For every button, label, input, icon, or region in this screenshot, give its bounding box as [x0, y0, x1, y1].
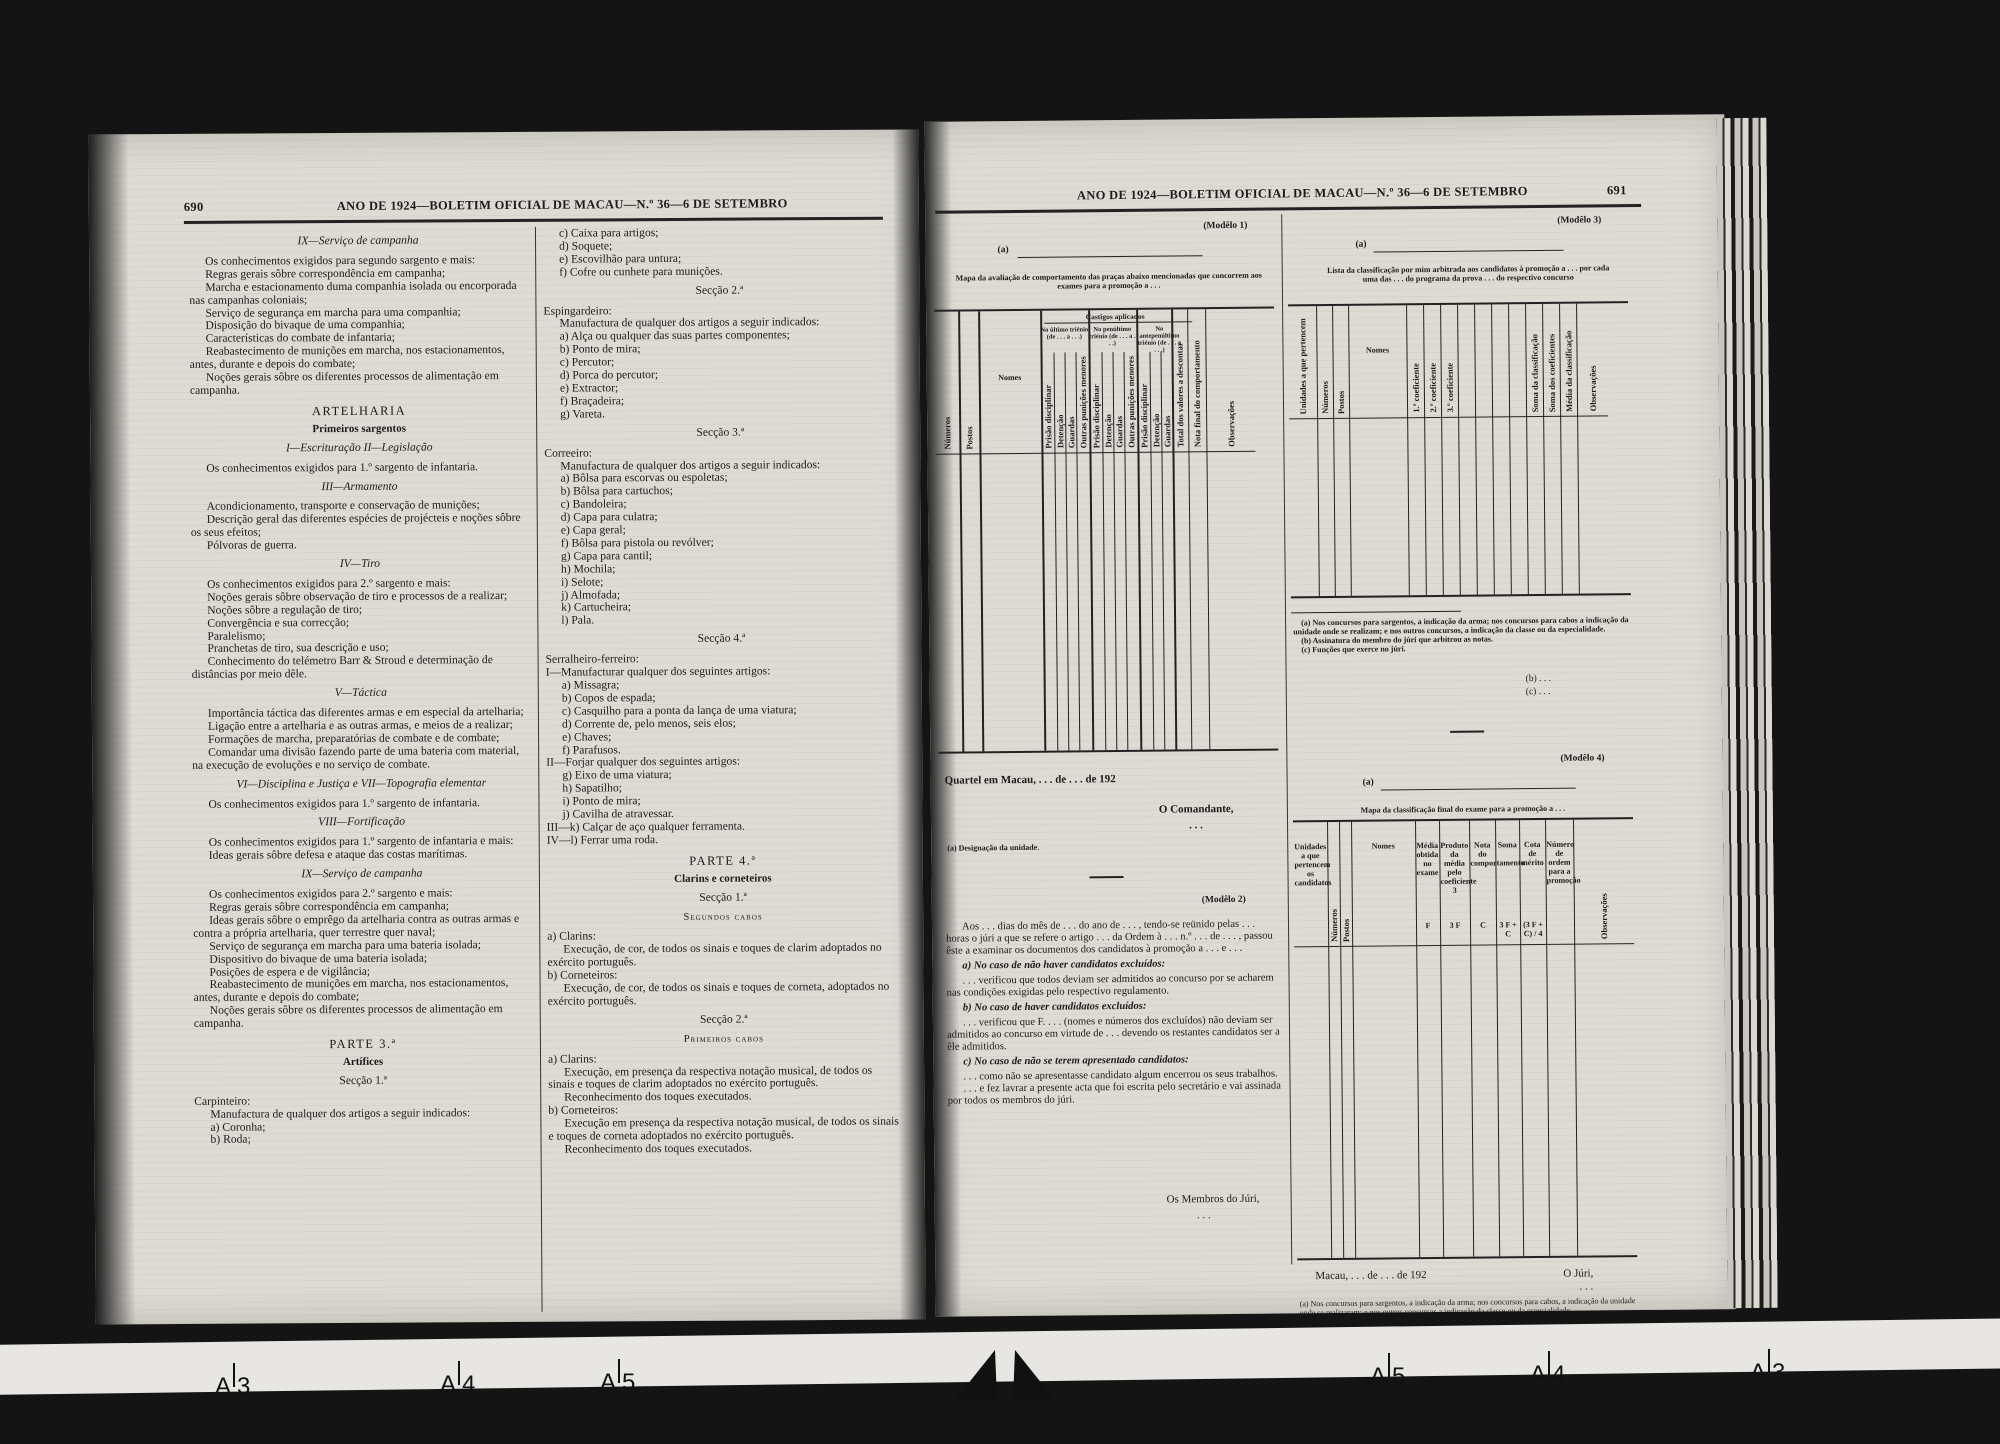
modelo-4-footnote: (a) Nos concursos para sargentos, a indi…	[1300, 1296, 1638, 1317]
running-header: 690 ANO DE 1924—BOLETIM OFICIAL DE MACAU…	[89, 195, 919, 220]
modelo-1-title: Mapa da avaliação de comportamento das p…	[944, 271, 1274, 292]
microfilm-edge-strip: A3A4A5A5A4A3	[0, 1325, 2000, 1444]
column-header: Números	[1329, 909, 1339, 942]
case-heading: b) No caso de haver candidatos excluídos…	[947, 999, 1281, 1014]
table-column: Número de ordem para a promoção	[1545, 820, 1577, 1256]
case-heading: c) No caso de não se terem apresentado c…	[947, 1053, 1281, 1068]
paragraph: Os conhecimentos exigidos para 1.º sarge…	[192, 796, 530, 811]
column-formula: 3 F	[1440, 921, 1470, 930]
signature-c: (c) . . .	[1526, 687, 1551, 698]
subheading: Segundos cabos	[547, 910, 899, 925]
table-column: Nomes	[978, 311, 1044, 752]
modelo-1-label: (Modêlo 1)	[1203, 221, 1247, 232]
section-heading: V—Táctica	[192, 686, 530, 701]
paragraph: Ideas gerais sôbre defesa e ataque das c…	[193, 848, 531, 863]
footnote: (a) Nos concursos para sargentos, a indi…	[1293, 615, 1631, 636]
column-header: Soma	[1496, 840, 1518, 849]
footnote-rule	[1291, 611, 1461, 614]
column-header: Postos	[1341, 919, 1351, 942]
modelo-2-signer: Os Membros do Júri,	[1167, 1193, 1260, 1206]
paragraph: Os conhecimentos exigidos para 1.º sarge…	[190, 460, 528, 475]
header-rule	[184, 217, 883, 224]
footnote: (c) Funções que exerce no júri.	[1293, 642, 1631, 654]
fill-line	[1374, 250, 1564, 253]
modelo-3-table: Unidades a que pertencemNúmerosPostosNom…	[1288, 303, 1631, 596]
column-header: Postos	[964, 426, 974, 449]
column-header: Detenção	[1151, 414, 1161, 448]
fill-line	[1018, 255, 1203, 258]
signature-b: (b) . . .	[1526, 674, 1551, 685]
list-item: f) Cofre ou cunhete para munições.	[543, 264, 895, 279]
table-column: Observações	[1205, 309, 1258, 749]
period-header: No último triénio (de . . . a . . .)	[1040, 326, 1088, 340]
column-header: Observações	[1587, 366, 1597, 412]
modelo-4-place-date: Macau, . . . de . . . de 192	[1315, 1269, 1426, 1282]
column-header: Total dos valores a descontar	[1174, 343, 1185, 448]
modelo-1-a-marker: (a)	[997, 245, 1008, 256]
fill-line	[1381, 788, 1576, 791]
column-header: Detenção	[1103, 415, 1113, 449]
column-header: Unidades a que pertencem os candidatos	[1294, 842, 1326, 887]
column-header: Número de ordem para a promoção	[1546, 840, 1572, 885]
separator-dash	[1450, 731, 1484, 733]
film-target-mark: A4	[1530, 1361, 1565, 1389]
modelo-4-a-marker: (a)	[1363, 778, 1374, 789]
modelo-2: (Modêlo 2) Aos . . . dias do mês de . . …	[924, 114, 1724, 122]
modelo-3-a-marker: (a)	[1355, 240, 1366, 251]
column-header: Guardas	[1114, 416, 1124, 448]
column-formula: F	[1416, 921, 1440, 930]
subheading: Artífices	[194, 1055, 532, 1070]
column-header: Observações	[1599, 894, 1609, 940]
column-header: Números	[1320, 381, 1330, 414]
page-number: 690	[184, 200, 204, 215]
film-target-mark: A5	[600, 1369, 635, 1397]
running-header: ANO DE 1924—BOLETIM OFICIAL DE MACAU—N.º…	[925, 182, 1725, 210]
column-divider	[535, 227, 543, 1312]
column-formula: 3 F + C	[1496, 920, 1520, 938]
paragraph: . . . verificou que todos deviam ser adm…	[946, 972, 1280, 999]
right-page: ANO DE 1924—BOLETIM OFICIAL DE MACAU—N.º…	[924, 114, 1735, 1317]
paragraph: Execução, em presença da respectiva nota…	[548, 1064, 900, 1092]
modelo-1-place-date: Quartel em Macau, . . . de . . . de 192	[945, 773, 1116, 787]
page-edge-shadow	[88, 134, 135, 1324]
section-heading: Secção 3.ª	[544, 425, 896, 440]
modelo-3-title: Lista da classificação por mim arbitrada…	[1326, 263, 1611, 284]
period-header: No antepenúltimo triénio (de . . . a . .…	[1136, 325, 1182, 353]
modelo-2-body: Aos . . . dias do mês de . . . do ano de…	[946, 918, 1282, 1107]
paragraph: Execução, de cor, de todos os sinais e t…	[548, 981, 900, 1009]
table-column: Nomes	[1351, 821, 1419, 1258]
film-target-mark: A5	[1370, 1363, 1405, 1391]
film-target-mark: A3	[1750, 1359, 1785, 1387]
modelo-3-label: (Modêlo 3)	[1557, 215, 1601, 226]
paragraph: Comandar uma divisão fazendo parte de um…	[192, 745, 530, 773]
column-header: Nomes	[1352, 841, 1414, 851]
gutter-notch-icon	[955, 1350, 1055, 1410]
column-header: Soma dos coeficientes	[1546, 333, 1557, 411]
column-header: Prisão disciplinar	[1090, 384, 1101, 448]
paragraph: Execução em presença da respectiva notaç…	[548, 1116, 900, 1144]
modelo-4: (Modêlo 4) (a) Mapa da classificação fin…	[924, 114, 1724, 122]
list-item: g) Vareta.	[544, 406, 896, 421]
table-column: Unidades a que pertencem os candidatos	[1293, 822, 1331, 1258]
paragraph: Noções gerais sôbre os diferentes proces…	[194, 1003, 532, 1031]
column-header: Média da classificação	[1563, 330, 1574, 411]
case-heading: a) No caso de não haver candidatos exclu…	[946, 957, 1280, 972]
subheading: Primeiros cabos	[548, 1032, 900, 1047]
list-item: b) Roda;	[194, 1132, 532, 1147]
column-header: Guardas	[1162, 416, 1172, 448]
column-header: Nota do comportamento	[1470, 840, 1494, 867]
column-header: Números	[942, 417, 952, 450]
part-heading: PARTE 4.ª	[547, 853, 899, 868]
section-heading: III—Armamento	[190, 479, 528, 494]
column-header: Observações	[1225, 401, 1235, 447]
section-heading: Secção 4.ª	[545, 632, 897, 647]
modelo-4-label: (Modêlo 4)	[1560, 753, 1604, 764]
period-header: No penúltimo triénio (de . . . a . . .)	[1088, 326, 1136, 347]
section-heading: VI—Disciplina e Justiça e VII—Topografia…	[192, 776, 530, 791]
paragraph: Reconhecimento dos toques executados.	[549, 1142, 901, 1157]
column-header: Unidades a que pertencem	[1297, 318, 1308, 414]
running-head-title: ANO DE 1924—BOLETIM OFICIAL DE MACAU—N.º…	[1077, 184, 1528, 203]
modelo-3: (Modêlo 3) (a) Lista da classificação po…	[924, 114, 1724, 122]
section-heading: VIII—Fortificação	[193, 815, 531, 830]
column-header: Prisão disciplinar	[1042, 385, 1053, 449]
paragraph: Pólvoras de guerra.	[191, 538, 529, 553]
column-header: Nomes	[1349, 345, 1405, 355]
paragraph: . . . e fez lavrar a presente acta que f…	[948, 1080, 1282, 1107]
table-column: Unidades a que pertencem	[1288, 306, 1319, 596]
signature-dots: . . .	[1197, 1209, 1211, 1221]
table-column: Nomes	[1348, 305, 1409, 596]
table-column: Observações	[1576, 303, 1610, 593]
paragraph: Noções gerais sôbre os diferentes proces…	[190, 370, 528, 398]
part-heading: PARTE 3.ª	[194, 1037, 532, 1052]
column-header: Nomes	[980, 373, 1040, 383]
signature-dots: . . .	[1189, 819, 1203, 831]
section-heading: Secção 2.ª	[548, 1012, 900, 1027]
section-heading: IV—Tiro	[191, 557, 529, 572]
table-column: Produto da média pelo coeficiente 33 F	[1439, 821, 1473, 1257]
column-header: Cota de mérito	[1520, 840, 1544, 867]
column-formula: (3 F + C) / 4	[1520, 920, 1546, 938]
modelo-2-label: (Modêlo 2)	[1202, 895, 1246, 906]
section-heading: I—Escrituração II—Legislação	[190, 441, 528, 456]
column-header: Média obtida no exame	[1416, 841, 1438, 877]
column-header: Outras punições menores	[1125, 356, 1136, 448]
column-formula: C	[1470, 920, 1496, 929]
section-heading: Secção 1.ª	[194, 1074, 532, 1089]
modelo-1-footnote: (a) Designação da unidade.	[947, 843, 1039, 853]
left-column-1: IX—Serviço de campanhaOs conhecimentos e…	[189, 228, 533, 1147]
running-head-title: ANO DE 1924—BOLETIM OFICIAL DE MACAU—N.º…	[337, 196, 788, 214]
modelo-4-signer: O Júri,	[1563, 1267, 1593, 1279]
left-page: 690 ANO DE 1924—BOLETIM OFICIAL DE MACAU…	[88, 129, 925, 1324]
section-heading: IX—Serviço de campanha	[193, 867, 531, 882]
page-stack-edge	[1716, 118, 1777, 1308]
film-target-mark: A4	[440, 1371, 475, 1399]
column-header: Soma da classificação	[1529, 334, 1540, 412]
left-column-2: c) Caixa para artigos;d) Soquete;e) Esco…	[543, 226, 901, 1157]
modelo-1: (Modêlo 1) (a) Mapa da avaliação de comp…	[924, 114, 1724, 122]
column-header: 2.º coeficiente	[1427, 363, 1437, 413]
modelo-4-title: Mapa da classificação final do exame par…	[1293, 803, 1633, 815]
column-header: Produto da média pelo coeficiente 3	[1440, 841, 1469, 895]
column-header: Prisão disciplinar	[1138, 384, 1149, 448]
section-heading: Secção 2.ª	[543, 283, 895, 298]
separator-dash	[1090, 876, 1124, 878]
paragraph: Aos . . . dias do mês de . . . do ano de…	[946, 918, 1280, 957]
film-target-mark: A3	[215, 1373, 250, 1401]
part-heading: ARTELHARIA	[190, 404, 528, 419]
paragraph: Descrição geral das diferentes espécies …	[191, 512, 529, 540]
modelo-1-table: NúmerosPostosNomesPrisão disciplinarDete…	[934, 309, 1278, 752]
subheading: Clarins e corneteiros	[547, 871, 899, 886]
column-header: Detenção	[1055, 415, 1065, 449]
modelo-4-table: Unidades a que pertencem os candidatosNú…	[1293, 819, 1637, 1258]
column-header: 1.º coeficiente	[1410, 364, 1420, 414]
table-column: Observações	[1573, 819, 1637, 1256]
section-heading: IX—Serviço de campanha	[189, 234, 527, 249]
column-header: Nota final do comportamento	[1191, 340, 1202, 447]
header-rule	[935, 204, 1641, 214]
paragraph: Reabastecimento de munições em marcha, n…	[194, 977, 532, 1005]
paragraph: Marcha e estacionamento duma companhia i…	[189, 280, 527, 308]
column-header: 3.º coeficiente	[1444, 363, 1454, 413]
modelo-1-signer: O Comandante,	[1159, 803, 1234, 816]
group-header: Castigos aplicados	[1040, 311, 1190, 321]
section-heading: Secção 1.ª	[547, 890, 899, 905]
column-header: Outras punições menores	[1077, 356, 1088, 448]
page-number: 691	[1607, 183, 1627, 198]
column-header: Guardas	[1066, 417, 1076, 449]
paragraph: Ideas gerais sôbre o emprêgo da artelhar…	[193, 913, 531, 941]
list-item: l) Pala.	[545, 613, 897, 628]
column-header: Postos	[1336, 391, 1346, 414]
signature-dots: . . .	[1579, 1280, 1593, 1292]
subheading: Primeiros sargentos	[190, 422, 528, 437]
paragraph: Conhecimento do telémetro Barr & Stroud …	[192, 654, 530, 682]
entry-label: IV—l) Ferrar uma roda.	[547, 832, 899, 847]
paragraph: . . . verificou que F. . . . (nomes e nú…	[947, 1014, 1281, 1053]
paragraph: Execução, de cor, de todos os sinais e t…	[547, 942, 899, 970]
modelo-3-footnotes: (a) Nos concursos para sargentos, a indi…	[1293, 615, 1631, 654]
paragraph: Reabastecimento de munições em marcha, n…	[190, 344, 528, 372]
